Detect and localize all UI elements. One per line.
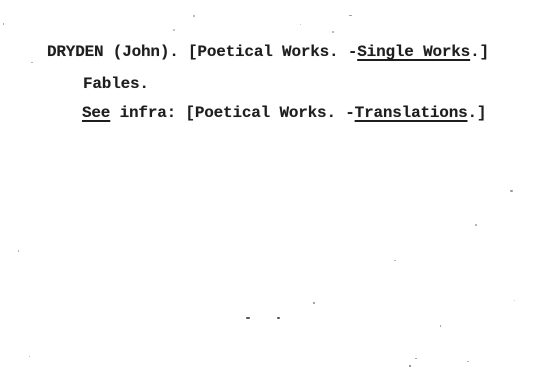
- heading-line: DRYDEN (John). [Poetical Works. -Single …: [47, 44, 489, 60]
- text-segment: .]: [468, 104, 487, 122]
- catalog-card: DRYDEN (John). [Poetical Works. -Single …: [0, 0, 550, 374]
- text-segment: .]: [470, 43, 489, 61]
- cross-reference-line: See infra: [Poetical Works. -Translation…: [82, 105, 486, 121]
- catalogue-card-scan: DRYDEN (John). [Poetical Works. -Single …: [0, 0, 550, 374]
- underlined-text-segment: Translations: [355, 104, 468, 122]
- text-segment: Fables.: [83, 75, 149, 93]
- underlined-text-segment: Single Works: [357, 43, 470, 61]
- text-segment: DRYDEN (John). [Poetical Works. -: [47, 43, 357, 61]
- underlined-text-segment: See: [82, 104, 110, 122]
- text-segment: infra: [Poetical Works. -: [110, 104, 354, 122]
- title-line: Fables.: [83, 76, 149, 92]
